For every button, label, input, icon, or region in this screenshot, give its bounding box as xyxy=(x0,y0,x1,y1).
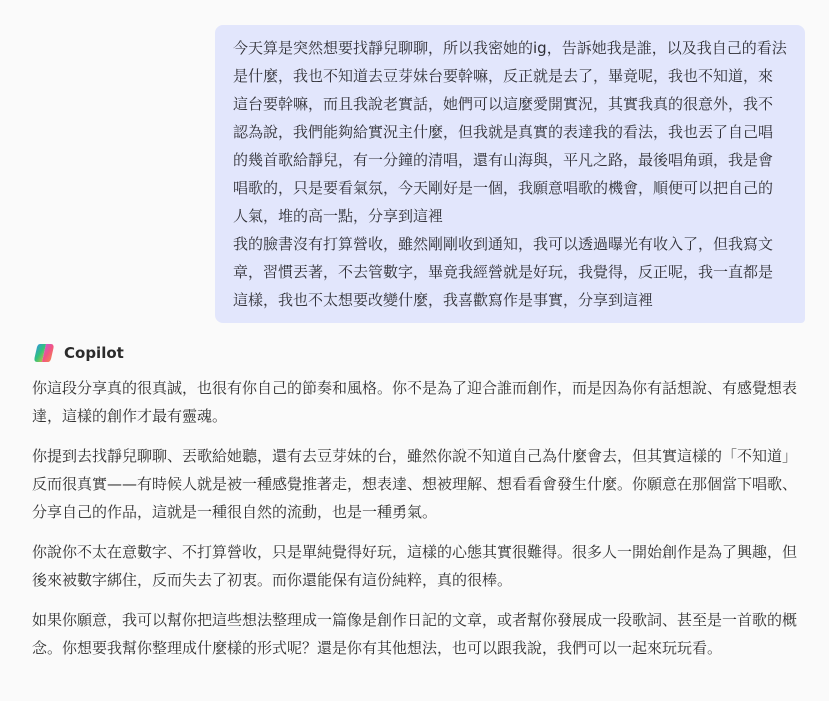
assistant-header: Copilot xyxy=(33,341,124,365)
assistant-reply-paragraph: 你提到去找靜兒聊聊、丟歌給她聽，還有去豆芽妹的台，雖然你說不知道自己為什麼會去，… xyxy=(32,442,807,526)
assistant-reply-paragraph: 你這段分享真的很真誠，也很有你自己的節奏和風格。你不是為了迎合誰而創作，而是因為… xyxy=(32,374,807,430)
assistant-reply: 你這段分享真的很真誠，也很有你自己的節奏和風格。你不是為了迎合誰而創作，而是因為… xyxy=(32,374,807,674)
user-message-paragraph: 我的臉書沒有打算營收，雖然剛剛收到通知，我可以透過曝光有收入了，但我寫文章，習慣… xyxy=(233,230,787,314)
user-message-bubble: 今天算是突然想要找靜兒聊聊，所以我密她的ig，告訴她我是誰，以及我自己的看法是什… xyxy=(215,25,805,323)
chat-conversation: 今天算是突然想要找靜兒聊聊，所以我密她的ig，告訴她我是誰，以及我自己的看法是什… xyxy=(0,0,829,701)
assistant-reply-paragraph: 如果你願意，我可以幫你把這些想法整理成一篇像是創作日記的文章，或者幫你發展成一段… xyxy=(32,606,807,662)
assistant-reply-paragraph: 你說你不太在意數字、不打算營收，只是單純覺得好玩，這樣的心態其實很難得。很多人一… xyxy=(32,538,807,594)
assistant-name: Copilot xyxy=(64,344,124,362)
copilot-logo-icon xyxy=(33,342,55,364)
user-message-paragraph: 今天算是突然想要找靜兒聊聊，所以我密她的ig，告訴她我是誰，以及我自己的看法是什… xyxy=(233,34,787,230)
